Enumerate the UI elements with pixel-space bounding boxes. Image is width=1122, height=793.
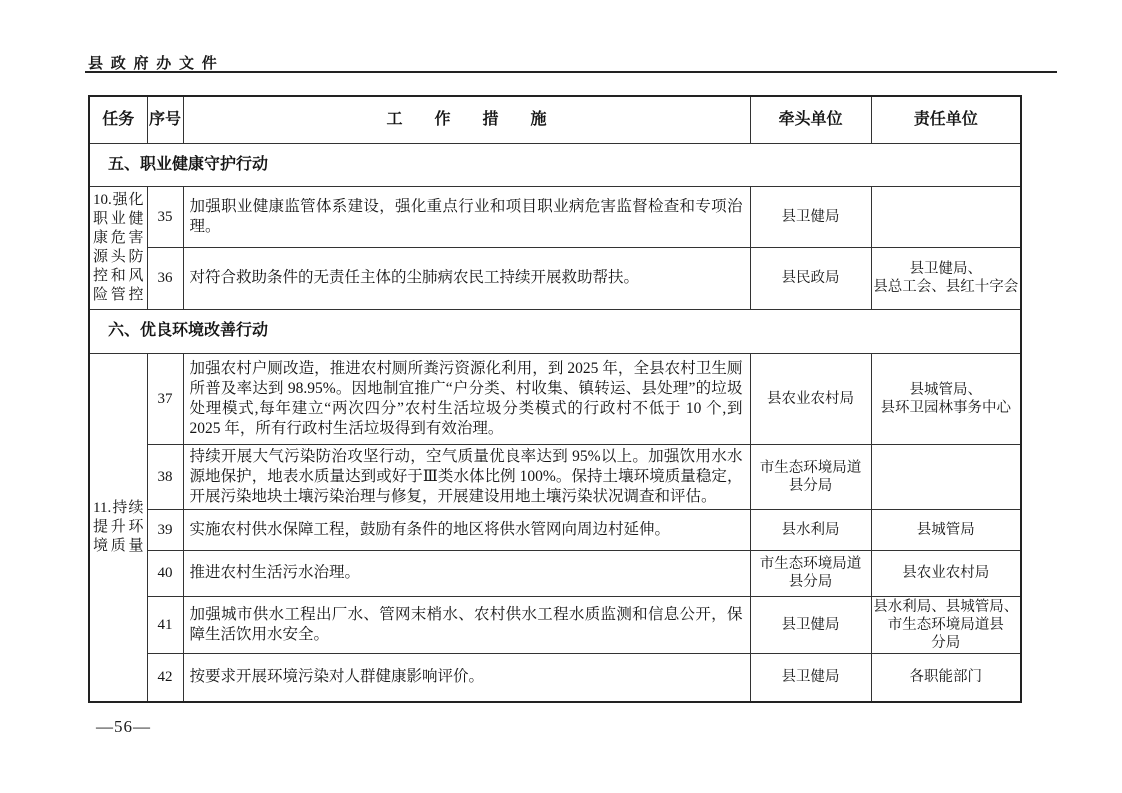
column-header-measure: 工 作 措 施	[183, 96, 750, 143]
table-row-40: 40 推进农村生活污水治理。 市生态环境局道 县分局 县农业农村局	[89, 550, 1021, 596]
column-header-lead-unit: 牵头单位	[750, 96, 871, 143]
row-number: 38	[147, 444, 183, 509]
responsible-unit-cell: 各职能部门	[871, 653, 1021, 702]
column-header-responsible-unit: 责任单位	[871, 96, 1021, 143]
row-number: 42	[147, 653, 183, 702]
measure-cell: 持续开展大气污染防治攻坚行动，空气质量优良率达到 95%以上。加强饮用水水源地保…	[183, 444, 750, 509]
header-divider	[85, 71, 1057, 73]
responsible-unit-cell	[871, 444, 1021, 509]
section-title-6: 六、优良环境改善行动	[89, 309, 1021, 353]
page-number: —56—	[96, 717, 151, 737]
row-number: 39	[147, 509, 183, 550]
row-number: 41	[147, 596, 183, 653]
row-number: 37	[147, 353, 183, 444]
table-row-35: 10.强化职业健康危害源头防控和风险管控 35 加强职业健康监管体系建设，强化重…	[89, 186, 1021, 247]
table-row-36: 36 对符合救助条件的无责任主体的尘肺病农民工持续开展救助帮扶。 县民政局 县卫…	[89, 247, 1021, 309]
section-title-5: 五、职业健康守护行动	[89, 143, 1021, 186]
section-row-5: 五、职业健康守护行动	[89, 143, 1021, 186]
column-header-task: 任务	[89, 96, 147, 143]
responsible-unit-cell: 县水利局、县城管局、 市生态环境局道县 分局	[871, 596, 1021, 653]
work-measures-table: 任务 序号 工 作 措 施 牵头单位 责任单位 五、职业健康守护行动 10.强化…	[88, 95, 1022, 703]
responsible-unit-cell: 县卫健局、 县总工会、县红十字会	[871, 247, 1021, 309]
table-row-38: 38 持续开展大气污染防治攻坚行动，空气质量优良率达到 95%以上。加强饮用水水…	[89, 444, 1021, 509]
table-row-42: 42 按要求开展环境污染对人群健康影响评价。 县卫健局 各职能部门	[89, 653, 1021, 702]
measure-cell: 加强农村户厕改造，推进农村厕所粪污资源化利用，到 2025 年，全县农村卫生厕所…	[183, 353, 750, 444]
table-header-row: 任务 序号 工 作 措 施 牵头单位 责任单位	[89, 96, 1021, 143]
table-row-41: 41 加强城市供水工程出厂水、管网末梢水、农村供水工程水质监测和信息公开，保障生…	[89, 596, 1021, 653]
lead-unit-cell: 县水利局	[750, 509, 871, 550]
column-header-no: 序号	[147, 96, 183, 143]
task-cell-11: 11.持续提升环境质量	[89, 353, 147, 702]
responsible-unit-cell	[871, 186, 1021, 247]
measure-cell: 加强城市供水工程出厂水、管网末梢水、农村供水工程水质监测和信息公开，保障生活饮用…	[183, 596, 750, 653]
lead-unit-cell: 县农业农村局	[750, 353, 871, 444]
lead-unit-cell: 市生态环境局道 县分局	[750, 444, 871, 509]
measure-cell: 推进农村生活污水治理。	[183, 550, 750, 596]
table-row-39: 39 实施农村供水保障工程，鼓励有条件的地区将供水管网向周边村延伸。 县水利局 …	[89, 509, 1021, 550]
task-cell-10: 10.强化职业健康危害源头防控和风险管控	[89, 186, 147, 309]
measure-cell: 加强职业健康监管体系建设，强化重点行业和项目职业病危害监督检查和专项治理。	[183, 186, 750, 247]
row-number: 40	[147, 550, 183, 596]
measure-cell: 对符合救助条件的无责任主体的尘肺病农民工持续开展救助帮扶。	[183, 247, 750, 309]
row-number: 36	[147, 247, 183, 309]
measure-cell: 实施农村供水保障工程，鼓励有条件的地区将供水管网向周边村延伸。	[183, 509, 750, 550]
page-title: 县 政 府 办 文 件	[88, 52, 219, 73]
measure-cell: 按要求开展环境污染对人群健康影响评价。	[183, 653, 750, 702]
lead-unit-cell: 县卫健局	[750, 653, 871, 702]
responsible-unit-cell: 县城管局	[871, 509, 1021, 550]
table-row-37: 11.持续提升环境质量 37 加强农村户厕改造，推进农村厕所粪污资源化利用，到 …	[89, 353, 1021, 444]
lead-unit-cell: 县民政局	[750, 247, 871, 309]
responsible-unit-cell: 县农业农村局	[871, 550, 1021, 596]
responsible-unit-cell: 县城管局、 县环卫园林事务中心	[871, 353, 1021, 444]
lead-unit-cell: 县卫健局	[750, 186, 871, 247]
row-number: 35	[147, 186, 183, 247]
lead-unit-cell: 市生态环境局道 县分局	[750, 550, 871, 596]
lead-unit-cell: 县卫健局	[750, 596, 871, 653]
section-row-6: 六、优良环境改善行动	[89, 309, 1021, 353]
